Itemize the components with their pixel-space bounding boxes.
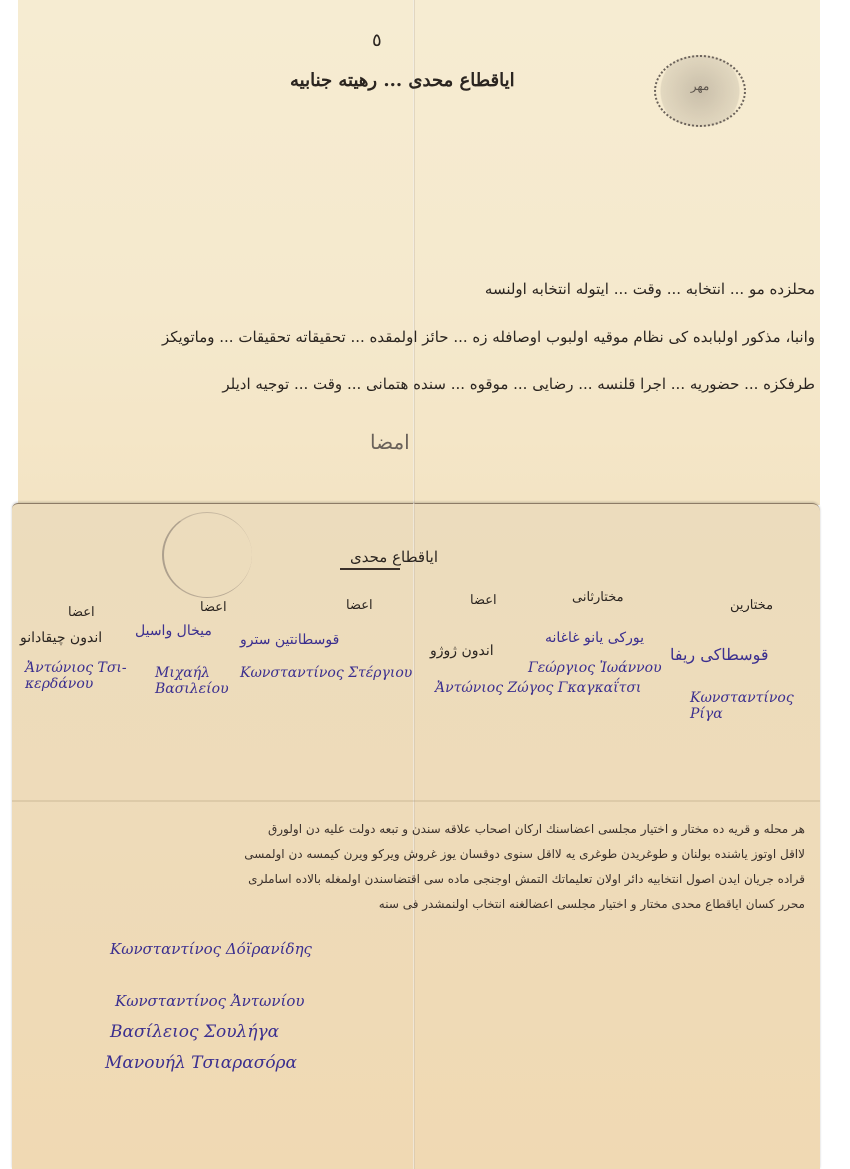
bottom-heading: ایاقطاع محدی — [350, 548, 438, 566]
greek-name: Ἀντώνιος Τσι-κερδάνου — [25, 660, 140, 692]
signature: امضا — [370, 430, 410, 454]
greek-name: Μιχαήλ Βασιλείου — [155, 665, 240, 697]
ottoman-name: یورکی یانو غاغانه — [545, 630, 644, 646]
ottoman-name: اندون چیقادانو — [20, 630, 102, 646]
column-title: مختارثانی — [572, 590, 624, 605]
column-title: اعضا — [346, 598, 373, 613]
body-line-1: محلزده مو ... انتخابه ... وقت ... ایتوله… — [30, 280, 815, 298]
printed-line-2: لااقل اوتوز یاشنده بولنان و طوغریدن طوغر… — [105, 847, 805, 861]
heading-underline — [340, 568, 400, 570]
ottoman-name: اندون ژوژو — [430, 643, 494, 659]
greek-name: Γεώργιος Ἰωάννου — [528, 660, 662, 676]
greek-signature: Κωνσταντίνος Δόϊρανίδης — [110, 940, 312, 958]
body-line-3: طرفکزه ... حضوریه ... اجرا قلنسه ... رضا… — [30, 375, 815, 393]
printed-line-3: قراده جریان ایدن اصول انتخابیه دائر اولا… — [105, 872, 805, 886]
column-title: اعضا — [200, 600, 227, 615]
printed-line-1: هر محله و قریه ده مختار و اختیار مجلسی ا… — [105, 822, 805, 836]
fold-line — [413, 503, 415, 1169]
greek-name: Ἀντώνιος Ζώγος Γκαγκαΐτσι — [435, 680, 641, 696]
faded-seal — [162, 512, 252, 598]
printed-line-4: محرر كسان ایاقطاع محدی مختار و اختیار مج… — [105, 897, 805, 911]
official-seal: مهر — [654, 55, 746, 127]
fold-line-horizontal — [12, 800, 820, 802]
greek-name: Κωνσταντίνος Στέργιου — [240, 665, 412, 681]
ottoman-name: قوسطاکی ریفا — [670, 645, 769, 664]
ottoman-name: قوسطانتین سترو — [240, 632, 339, 648]
column-title: مختارین — [730, 598, 773, 613]
body-line-2: وانبا، مذکور اولبابده کی نظام موقیه اولب… — [30, 328, 815, 346]
column-title: اعضا — [68, 605, 95, 620]
greek-name: Κωνσταντίνος Ρίγα — [690, 690, 790, 722]
column-title: اعضا — [470, 593, 497, 608]
greek-signature: Μανουήλ Τσιαρασόρα — [105, 1053, 297, 1073]
seal-text: مهر — [656, 79, 744, 93]
greek-signature: Βασίλειος Σουλήγα — [110, 1022, 279, 1042]
page-number: ٥ — [372, 30, 382, 51]
top-heading: ایاقطاع محدی ... رهیته جنابیه — [290, 70, 515, 91]
greek-signature: Κωνσταντίνος Ἀντωνίου — [115, 992, 304, 1010]
ottoman-name: میخال واسیل — [135, 623, 212, 639]
